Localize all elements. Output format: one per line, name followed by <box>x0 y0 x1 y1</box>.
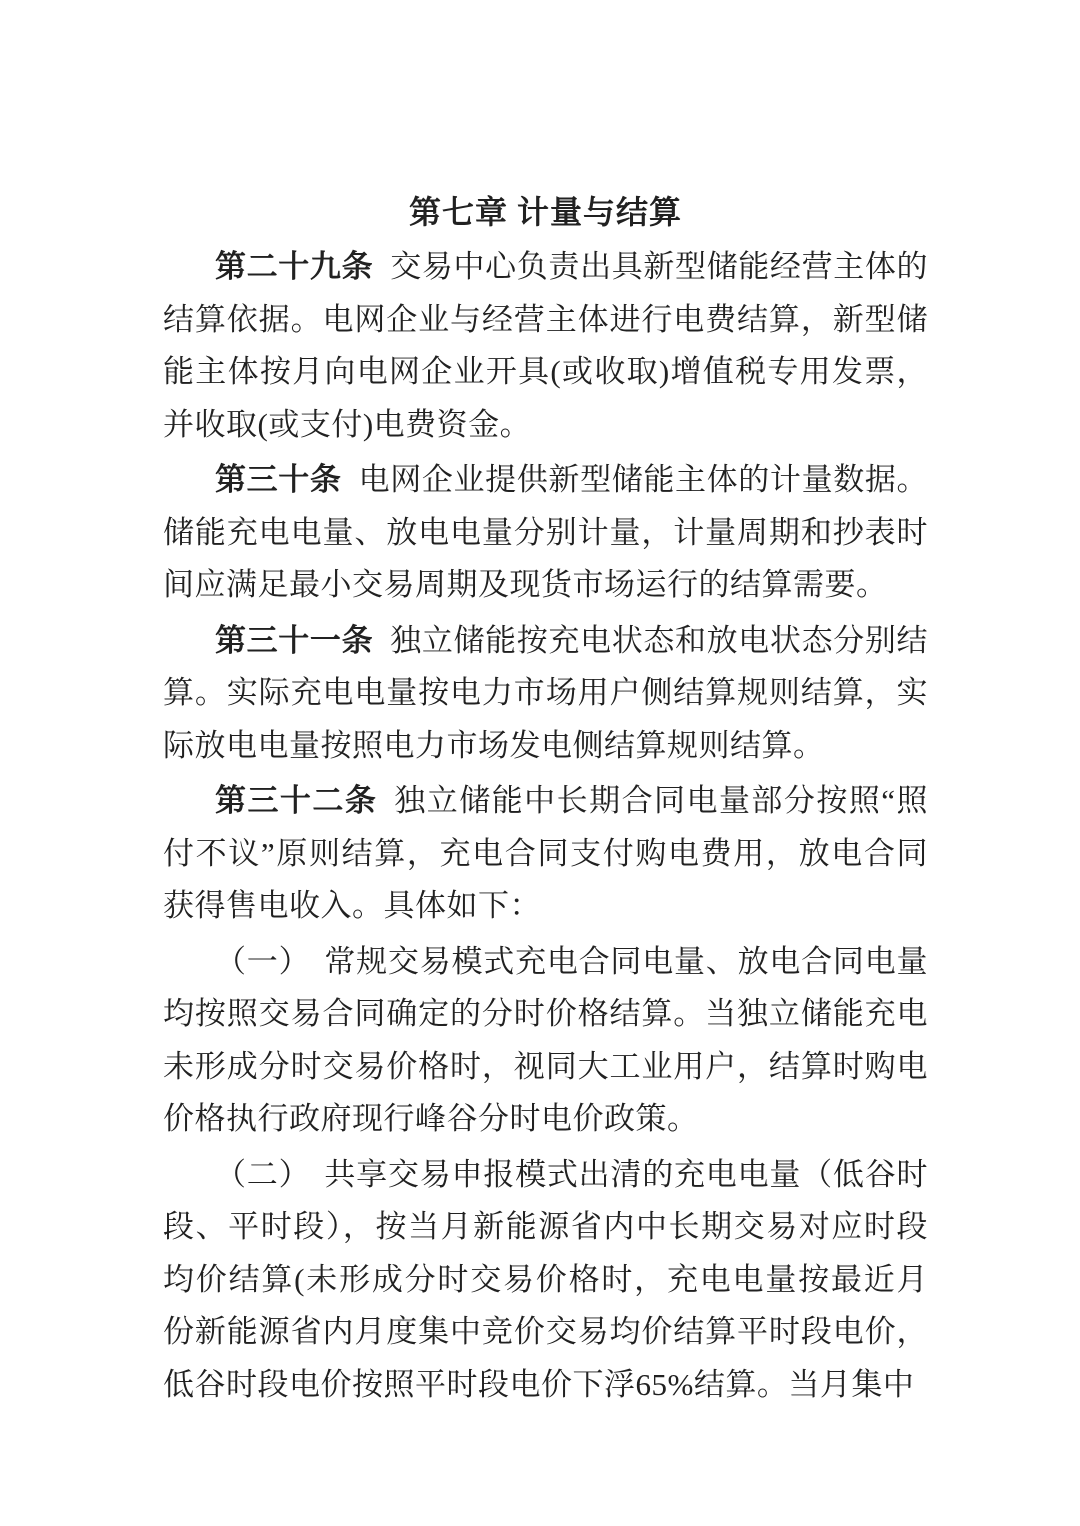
article-30-number: 第三十条 <box>215 462 342 497</box>
paragraph-item-2: （二）共享交易申报模式出清的充电电量（低谷时段、平时段），按当月新能源省内中长期… <box>163 1149 928 1412</box>
chapter-title: 第七章 计量与结算 <box>163 192 928 232</box>
paragraph-article-29: 第二十九条交易中心负责出具新型储能经营主体的结算依据。电网企业与经营主体进行电费… <box>163 241 928 451</box>
paragraph-article-32: 第三十二条独立储能中长期合同电量部分按照“照付不议”原则结算，充电合同支付购电费… <box>163 775 928 933</box>
article-32-number: 第三十二条 <box>215 783 377 818</box>
item-1-number: （一） <box>215 944 310 979</box>
item-2-number: （二） <box>215 1157 310 1192</box>
paragraph-article-30: 第三十条电网企业提供新型储能主体的计量数据。储能充电电量、放电电量分别计量，计量… <box>163 454 928 612</box>
article-31-number: 第三十一条 <box>215 623 373 658</box>
document-page: 第七章 计量与结算 第二十九条交易中心负责出具新型储能经营主体的结算依据。电网企… <box>0 0 1080 1526</box>
item-2-text: 共享交易申报模式出清的充电电量（低谷时段、平时段），按当月新能源省内中长期交易对… <box>163 1157 928 1402</box>
paragraph-item-1: （一）常规交易模式充电合同电量、放电合同电量均按照交易合同确定的分时价格结算。当… <box>163 936 928 1146</box>
article-29-number: 第二十九条 <box>215 249 373 284</box>
paragraph-article-31: 第三十一条独立储能按充电状态和放电状态分别结算。实际充电电量按电力市场用户侧结算… <box>163 615 928 773</box>
